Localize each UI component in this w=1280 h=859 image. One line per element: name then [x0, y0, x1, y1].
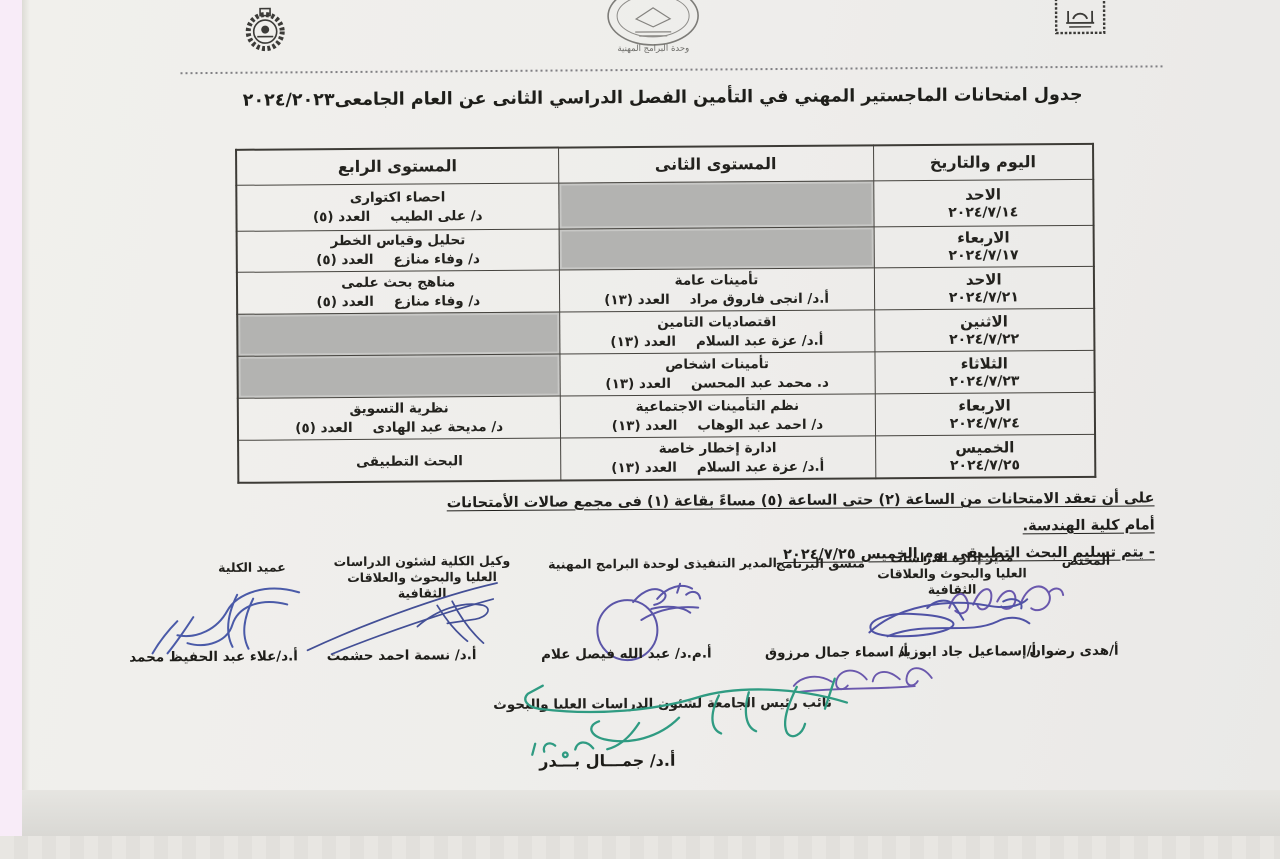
level2-cell-shaded	[558, 180, 873, 228]
level2-cell-shaded	[559, 226, 874, 269]
level4-cell: نظرية التسويق د/ مديحة عبد الهادىالعدد (…	[238, 396, 560, 440]
level4-cell-shaded	[237, 312, 559, 356]
table-row: الثلاثاء ٢٠٢٤/٧/٢٣ تأمينات اشخاص د. محمد…	[237, 350, 1094, 398]
signatory-name: أ.د/ نسمة احمد حشمت	[322, 647, 482, 664]
approval-name: أ.د/ جمـــال بـــدر	[507, 751, 707, 771]
level4-cell: مناهج بحث علمى د/ وفاء منازعالعدد (٥)	[237, 270, 559, 314]
level2-cell: اقتصاديات التامين أ.د/ عزة عبد السلامالع…	[559, 309, 874, 353]
table-row: الاحد ٢٠٢٤/٧/٢١ تأمينات عامة أ.د/ انجى ف…	[237, 266, 1094, 314]
header-day-date: اليوم والتاريخ	[873, 144, 1093, 181]
scanned-document-photo: وحدة البرامج المهنية جدول امتحانات الماج…	[0, 0, 1280, 859]
signatory-name: أ.د/علاء عبد الحفيظ محمد	[124, 648, 304, 665]
header-level4: المستوى الرابع	[236, 148, 558, 185]
level4-cell-shaded	[237, 354, 559, 398]
day-date-cell: الاثنين ٢٠٢٤/٧/٢٢	[874, 308, 1094, 352]
signatory-title: المدير التنفيذى لوحدة البرامج المهنية	[549, 555, 777, 573]
faculty-seal-icon	[229, 6, 301, 55]
exam-schedule-table: اليوم والتاريخ المستوى الثانى المستوى ال…	[235, 143, 1096, 484]
signatory-name: أ.م.د/ عبد الله فيصل علام	[547, 646, 712, 663]
dotted-separator	[180, 65, 1165, 74]
unit-label: وحدة البرامج المهنية	[593, 43, 713, 54]
table-row: الاربعاء ٢٠٢٤/٧/٢٤ نظم التأمينات الاجتما…	[238, 392, 1095, 440]
level2-cell: تأمينات عامة أ.د/ انجى فاروق مرادالعدد (…	[559, 267, 874, 311]
day-date-cell: الاربعاء ٢٠٢٤/٧/٢٤	[875, 392, 1095, 436]
level2-cell: تأمينات اشخاص د. محمد عبد المحسنالعدد (١…	[559, 351, 874, 395]
unit-seal-icon	[605, 0, 701, 48]
university-emblem-icon	[1053, 0, 1107, 39]
table-row: الاربعاء ٢٠٢٤/٧/١٧ تحليل وقياس الخطر د/ …	[237, 225, 1094, 272]
table-row: الخميس ٢٠٢٤/٧/٢٥ ادارة إخطار خاصة أ.د/ ع…	[238, 434, 1095, 483]
page-title: جدول امتحانات الماجستير المهني في التأمي…	[223, 85, 1103, 111]
day-date-cell: الاحد ٢٠٢٤/٧/١٤	[873, 179, 1093, 227]
signatory-title: منسق البرنامج	[763, 555, 878, 572]
day-date-cell: الخميس ٢٠٢٤/٧/٢٥	[875, 434, 1095, 479]
table-row: الاحد ٢٠٢٤/٧/١٤ احصاء اكتوارى د/ على الط…	[236, 179, 1093, 231]
table-header-row: اليوم والتاريخ المستوى الثانى المستوى ال…	[236, 144, 1093, 185]
level4-cell: تحليل وقياس الخطر د/ وفاء منازعالعدد (٥)	[237, 229, 559, 272]
signatory-title: المختص	[1031, 553, 1141, 570]
day-date-cell: الاربعاء ٢٠٢٤/٧/١٧	[874, 225, 1094, 268]
table-row: الاثنين ٢٠٢٤/٧/٢٢ اقتصاديات التامين أ.د/…	[237, 308, 1094, 356]
day-date-cell: الاحد ٢٠٢٤/٧/٢١	[874, 266, 1094, 310]
signature-ismail-abouzeid	[857, 589, 1035, 646]
level4-cell: احصاء اكتوارى د/ على الطيبالعدد (٥)	[236, 183, 558, 231]
day-date-cell: الثلاثاء ٢٠٢٤/٧/٢٣	[874, 350, 1094, 394]
note-line: على أن تعقد الامتحانات من الساعة (٢) حتى…	[414, 485, 1154, 544]
header-level2: المستوى الثانى	[558, 145, 873, 182]
level4-cell: البحث التطبيقى	[238, 438, 560, 483]
document-content: وحدة البرامج المهنية جدول امتحانات الماج…	[0, 0, 1280, 859]
level2-cell: ادارة إخطار خاصة أ.د/ عزة عبد السلامالعد…	[560, 435, 875, 480]
level2-cell: نظم التأمينات الاجتماعية د/ احمد عبد الو…	[560, 393, 875, 437]
